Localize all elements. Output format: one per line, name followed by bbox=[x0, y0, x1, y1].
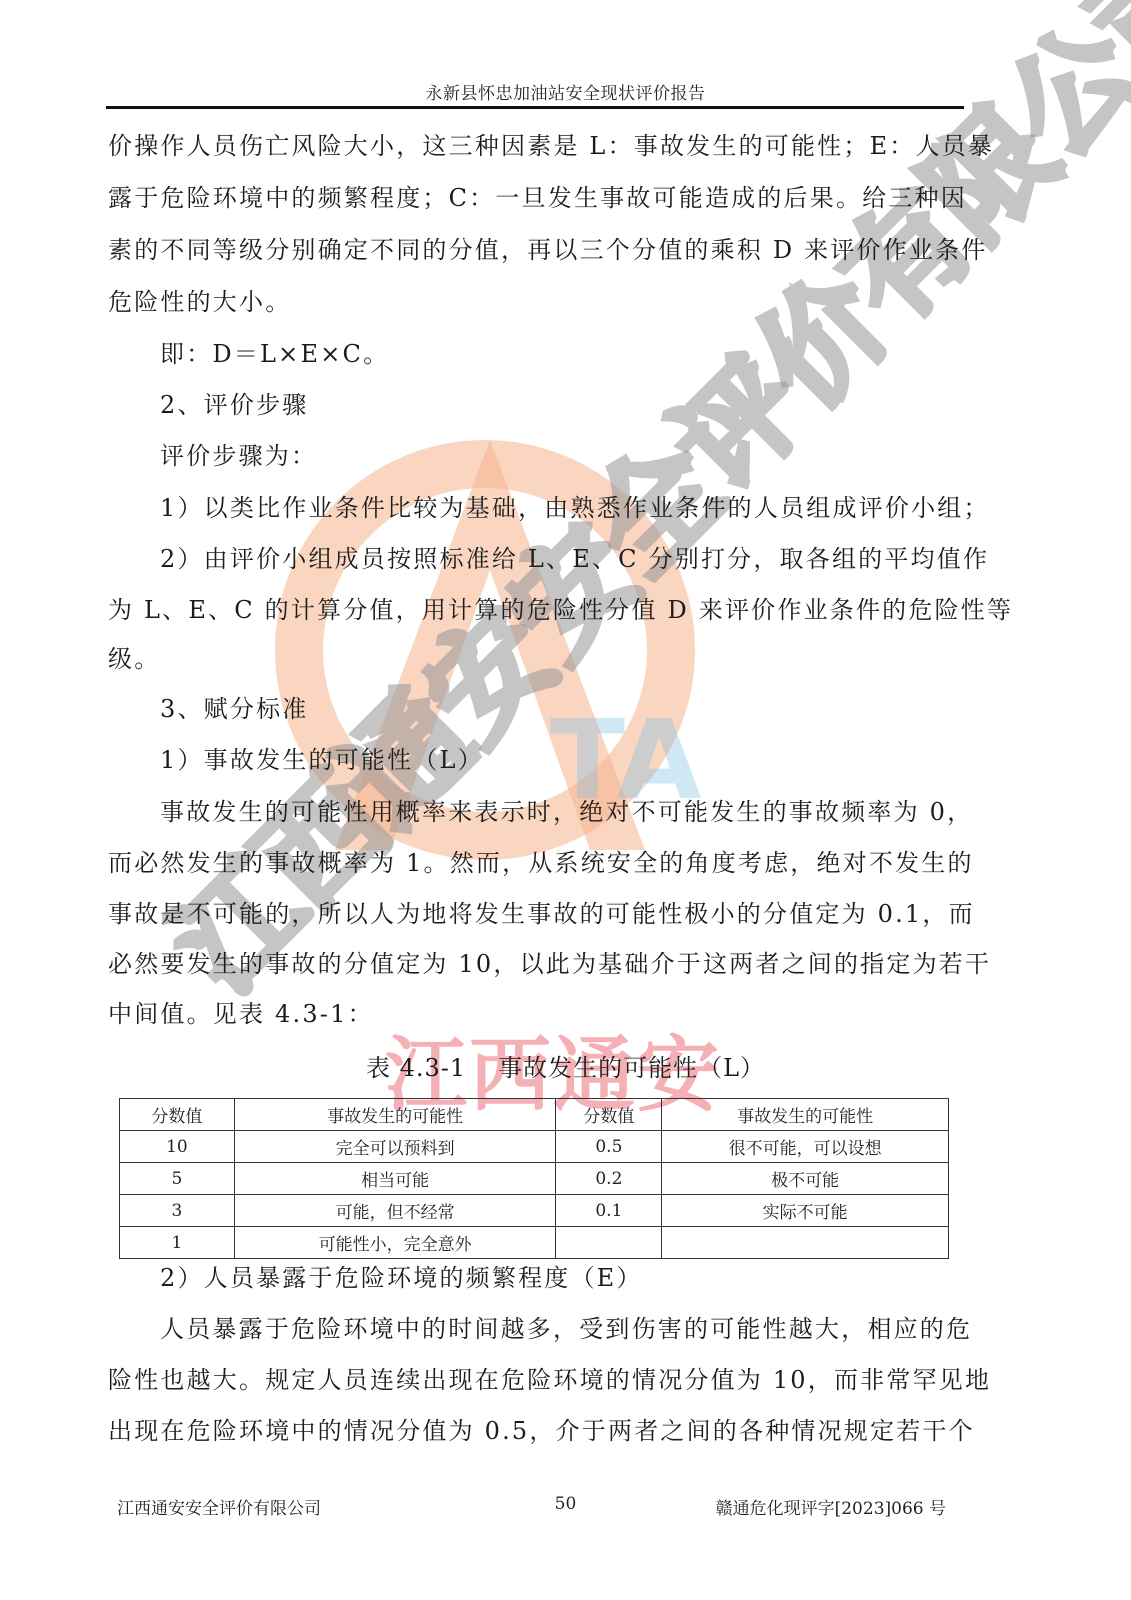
likelihood-line: 必然要发生的事故的分值定为 10，以此为基础介于这两者之间的指定为若干 bbox=[108, 949, 991, 979]
exposure-line: 出现在危险环境中的情况分值为 0.5，介于两者之间的各种情况规定若干个 bbox=[108, 1416, 975, 1446]
footer-document-number: 赣通危化现评字[2023]066 号 bbox=[716, 1494, 946, 1519]
likelihood-line: 中间值。见表 4.3-1： bbox=[108, 999, 374, 1029]
table-cell: 0.1 bbox=[556, 1195, 662, 1227]
exposure-line: 险性也越大。规定人员连续出现在危险环境的情况分值为 10，而非常罕见地 bbox=[108, 1365, 991, 1395]
formula: 即：D＝L×E×C。 bbox=[160, 339, 389, 369]
table-cell: 0.2 bbox=[556, 1163, 662, 1195]
table-cell: 相当可能 bbox=[234, 1163, 556, 1195]
table-header-row: 分数值 事故发生的可能性 分数值 事故发生的可能性 bbox=[120, 1099, 949, 1131]
table-row: 1 可能性小，完全意外 bbox=[120, 1227, 949, 1259]
table-header-cell: 事故发生的可能性 bbox=[234, 1099, 556, 1131]
step-2-line: 2）由评价小组成员按照标准给 L、E、C 分别打分，取各组的平均值作 bbox=[160, 544, 989, 574]
footer-page-number: 50 bbox=[0, 1494, 1131, 1514]
running-header-title: 永新县怀忠加油站安全现状评价报告 bbox=[0, 79, 1131, 104]
likelihood-line: 事故发生的可能性用概率来表示时，绝对不可能发生的事故频率为 0， bbox=[160, 797, 973, 827]
step-2-line: 级。 bbox=[108, 644, 160, 674]
subheading-exposure: 2）人员暴露于危险环境的频繁程度（E） bbox=[160, 1263, 643, 1293]
table-header-cell: 分数值 bbox=[556, 1099, 662, 1131]
paragraph-line: 价操作人员伤亡风险大小，这三种因素是 L：事故发生的可能性；E：人员暴 bbox=[108, 131, 994, 161]
exposure-line: 人员暴露于危险环境中的时间越多，受到伤害的可能性越大，相应的危 bbox=[160, 1314, 972, 1344]
likelihood-table: 分数值 事故发生的可能性 分数值 事故发生的可能性 10 完全可以预料到 0.5… bbox=[119, 1098, 949, 1259]
table-cell: 0.5 bbox=[556, 1131, 662, 1163]
paragraph-line: 露于危险环境中的频繁程度；C：一旦发生事故可能造成的后果。给三种因 bbox=[108, 183, 967, 213]
table-cell: 可能，但不经常 bbox=[234, 1195, 556, 1227]
step-2-line: 为 L、E、C 的计算分值，用计算的危险性分值 D 来评价作业条件的危险性等 bbox=[108, 595, 1013, 625]
paragraph-line: 危险性的大小。 bbox=[108, 287, 291, 317]
table-caption-title: 事故发生的可能性（L） bbox=[498, 1054, 765, 1082]
document-page: TA 江西通安安全评价有限公司 江西通安 永新县怀忠加油站安全现状评价报告 价操… bbox=[0, 0, 1131, 1600]
step-1: 1）以类比作业条件比较为基础，由熟悉作业条件的人员组成评价小组； bbox=[160, 493, 990, 523]
table-cell: 完全可以预料到 bbox=[234, 1131, 556, 1163]
section-heading-scoring: 3、赋分标准 bbox=[160, 694, 308, 724]
table-cell: 1 bbox=[120, 1227, 235, 1259]
table-header-cell: 分数值 bbox=[120, 1099, 235, 1131]
table-cell bbox=[556, 1227, 662, 1259]
likelihood-line: 而必然发生的事故概率为 1。然而，从系统安全的角度考虑，绝对不发生的 bbox=[108, 848, 974, 878]
section-heading-evaluation-steps: 2、评价步骤 bbox=[160, 390, 308, 420]
table-cell: 3 bbox=[120, 1195, 235, 1227]
table-cell: 10 bbox=[120, 1131, 235, 1163]
table-row: 5 相当可能 0.2 极不可能 bbox=[120, 1163, 949, 1195]
table-row: 10 完全可以预料到 0.5 很不可能，可以设想 bbox=[120, 1131, 949, 1163]
table-cell: 极不可能 bbox=[662, 1163, 949, 1195]
likelihood-line: 事故是不可能的，所以人为地将发生事故的可能性极小的分值定为 0.1，而 bbox=[108, 899, 975, 929]
subheading-likelihood: 1）事故发生的可能性（L） bbox=[160, 745, 484, 775]
table-cell bbox=[662, 1227, 949, 1259]
section-intro: 评价步骤为： bbox=[160, 441, 317, 471]
table-row: 3 可能，但不经常 0.1 实际不可能 bbox=[120, 1195, 949, 1227]
header-divider bbox=[106, 106, 964, 109]
table-caption-number: 表 4.3-1 bbox=[366, 1054, 466, 1082]
table-cell: 实际不可能 bbox=[662, 1195, 949, 1227]
table-cell: 很不可能，可以设想 bbox=[662, 1131, 949, 1163]
table-cell: 5 bbox=[120, 1163, 235, 1195]
table-header-cell: 事故发生的可能性 bbox=[662, 1099, 949, 1131]
table-caption: 表 4.3-1事故发生的可能性（L） bbox=[0, 1048, 1131, 1083]
paragraph-line: 素的不同等级分别确定不同的分值，再以三个分值的乘积 D 来评价作业条件 bbox=[108, 235, 988, 265]
table-cell: 可能性小，完全意外 bbox=[234, 1227, 556, 1259]
